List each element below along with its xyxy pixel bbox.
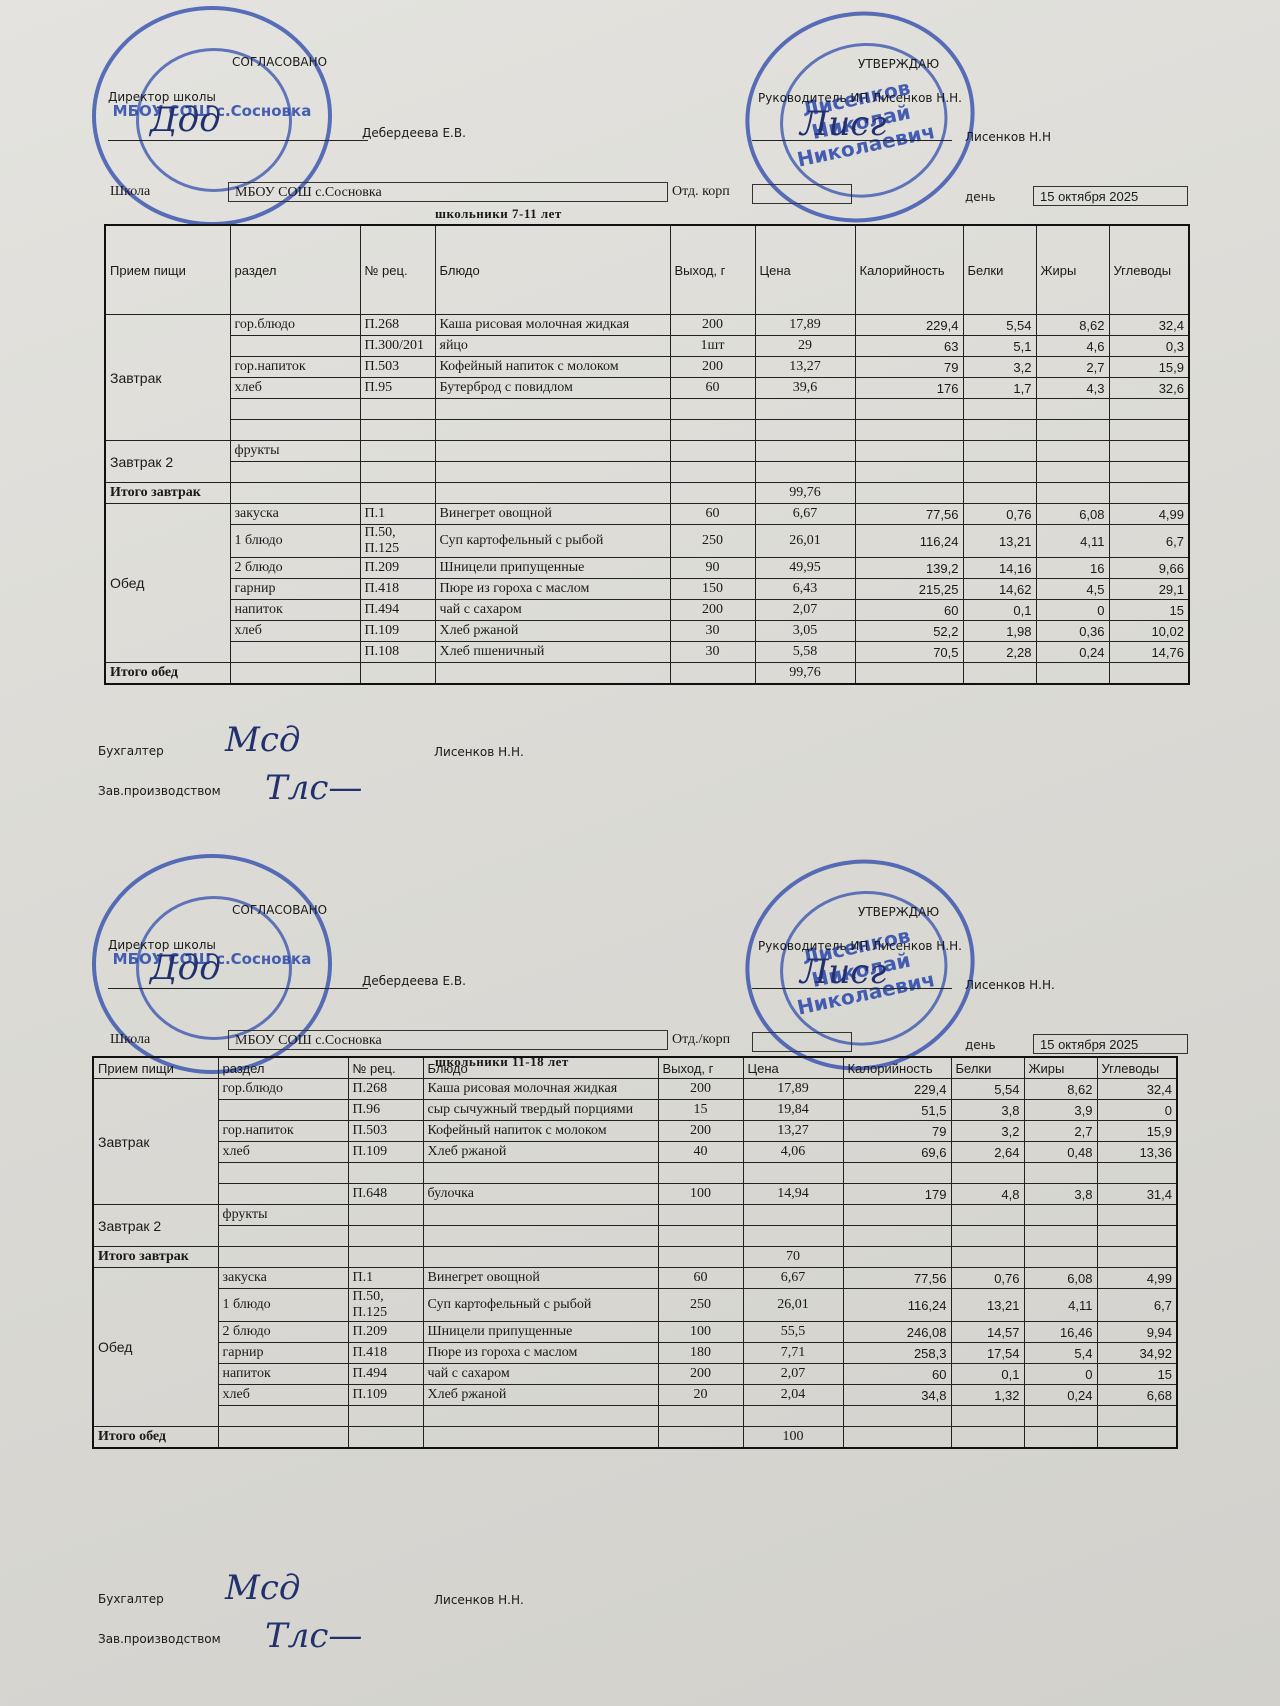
- dept-field: [752, 1032, 852, 1052]
- approved-label: СОГЛАСОВАНО: [232, 903, 327, 917]
- cell: 4,8: [951, 1184, 1024, 1205]
- cell: [1109, 483, 1189, 504]
- cell: 150: [670, 579, 755, 600]
- cell: [348, 1226, 423, 1247]
- day-label: день: [965, 1038, 996, 1052]
- cell: Кофейный напиток с молоком: [435, 357, 670, 378]
- column-header: Жиры: [1024, 1057, 1097, 1079]
- table-row: хлебП.109Хлеб ржаной303,0552,21,980,3610…: [105, 621, 1189, 642]
- table-row: 2 блюдоП.209Шницели припущенные10055,524…: [93, 1322, 1177, 1343]
- head-name: Лисенков Н.Н: [965, 130, 1051, 144]
- cell: [423, 1427, 658, 1449]
- cell: [855, 483, 963, 504]
- cell: Суп картофельный с рыбой: [423, 1289, 658, 1322]
- cell: яйцо: [435, 336, 670, 357]
- cell: 250: [670, 525, 755, 558]
- cell: 69,6: [843, 1142, 951, 1163]
- table-row: напитокП.494чай с сахаром2002,07600,1015: [93, 1364, 1177, 1385]
- cell: [360, 663, 435, 685]
- cell: Хлеб ржаной: [423, 1385, 658, 1406]
- cell: 3,2: [951, 1121, 1024, 1142]
- cell: 10,02: [1109, 621, 1189, 642]
- cell: 3,8: [951, 1100, 1024, 1121]
- cell: [1036, 663, 1109, 685]
- cell: [218, 1406, 348, 1427]
- director-name: Дебердеева Е.В.: [362, 126, 466, 140]
- cell: [218, 1427, 348, 1449]
- cell: напиток: [230, 600, 360, 621]
- cell: 3,8: [1024, 1184, 1097, 1205]
- cell: [230, 483, 360, 504]
- cell: 5,58: [755, 642, 855, 663]
- cell: П.95: [360, 378, 435, 399]
- cell: 0,36: [1036, 621, 1109, 642]
- cell: [360, 399, 435, 420]
- column-header: Цена: [755, 225, 855, 315]
- cell: 116,24: [843, 1289, 951, 1322]
- cell: [1097, 1205, 1177, 1226]
- total-label: Итого обед: [105, 663, 230, 685]
- cell: 0,76: [951, 1268, 1024, 1289]
- cell: Кофейный напиток с молоком: [423, 1121, 658, 1142]
- table-row: [93, 1163, 1177, 1184]
- cell: 15,9: [1109, 357, 1189, 378]
- cell: 77,56: [855, 504, 963, 525]
- total-label: Итого завтрак: [93, 1247, 218, 1268]
- total-row: Итого обед99,76: [105, 663, 1189, 685]
- cell: 60: [855, 600, 963, 621]
- cell: 17,89: [755, 315, 855, 336]
- cell: [1024, 1226, 1097, 1247]
- cell: 246,08: [843, 1322, 951, 1343]
- column-header: Прием пищи: [93, 1057, 218, 1079]
- table-row: [93, 1226, 1177, 1247]
- cell: 200: [658, 1121, 743, 1142]
- cell: П.418: [348, 1343, 423, 1364]
- cell: хлеб: [218, 1142, 348, 1163]
- cell: 60: [670, 504, 755, 525]
- director-name: Дебердеева Е.В.: [362, 974, 466, 988]
- cell: 1,7: [963, 378, 1036, 399]
- cell: [670, 399, 755, 420]
- approved-label: СОГЛАСОВАНО: [232, 55, 327, 69]
- cell: 1,32: [951, 1385, 1024, 1406]
- cell: закуска: [218, 1268, 348, 1289]
- cell: 13,21: [963, 525, 1036, 558]
- table-row: П.96сыр сычужный твердый порциями1519,84…: [93, 1100, 1177, 1121]
- cell: 31,4: [1097, 1184, 1177, 1205]
- cell: [218, 1184, 348, 1205]
- cell: 4,5: [1036, 579, 1109, 600]
- cell: [360, 462, 435, 483]
- cell: [1097, 1163, 1177, 1184]
- cell: гор.блюдо: [230, 315, 360, 336]
- cell: 200: [658, 1079, 743, 1100]
- cell: 13,27: [755, 357, 855, 378]
- cell: [348, 1406, 423, 1427]
- cell: 5,1: [963, 336, 1036, 357]
- cell: [435, 420, 670, 441]
- total-row: Итого обед100: [93, 1427, 1177, 1449]
- cell: [951, 1427, 1024, 1449]
- cell: 70,5: [855, 642, 963, 663]
- cell: [348, 1427, 423, 1449]
- column-header: Выход, г: [658, 1057, 743, 1079]
- production-signature: Тлс—: [265, 768, 362, 808]
- accountant-signature: Мсд: [225, 1568, 300, 1608]
- head-signature: Лисг: [800, 952, 887, 992]
- cell: 1шт: [670, 336, 755, 357]
- cell: 200: [670, 315, 755, 336]
- cell: 6,68: [1097, 1385, 1177, 1406]
- cell: 215,25: [855, 579, 963, 600]
- cell: [755, 441, 855, 462]
- cell: фрукты: [218, 1205, 348, 1226]
- meal-label: Обед: [93, 1268, 218, 1427]
- accountant-name: Лисенков Н.Н.: [434, 1593, 524, 1607]
- cell: [435, 663, 670, 685]
- cell: 229,4: [843, 1079, 951, 1100]
- cell: [423, 1163, 658, 1184]
- cell: [951, 1406, 1024, 1427]
- cell: 4,11: [1024, 1289, 1097, 1322]
- table-row: Завтрак 2фрукты: [93, 1205, 1177, 1226]
- school-field: МБОУ СОШ с.Сосновка: [228, 1030, 668, 1050]
- cell: 13,36: [1097, 1142, 1177, 1163]
- cell: 3,9: [1024, 1100, 1097, 1121]
- cell: [1036, 441, 1109, 462]
- cell: [755, 462, 855, 483]
- cell: 15: [1109, 600, 1189, 621]
- school-label: Школа: [110, 184, 150, 200]
- cell: 90: [670, 558, 755, 579]
- cell: [435, 462, 670, 483]
- cell: [963, 441, 1036, 462]
- cell: [843, 1247, 951, 1268]
- cell: гарнир: [230, 579, 360, 600]
- cell: булочка: [423, 1184, 658, 1205]
- cell: Хлеб ржаной: [423, 1142, 658, 1163]
- cell: [670, 441, 755, 462]
- cell: 3,2: [963, 357, 1036, 378]
- cell: 14,94: [743, 1184, 843, 1205]
- cell: 0,1: [951, 1364, 1024, 1385]
- cell: 179: [843, 1184, 951, 1205]
- cell: 55,5: [743, 1322, 843, 1343]
- cell: 6,08: [1036, 504, 1109, 525]
- day-field: 15 октября 2025: [1033, 1034, 1188, 1054]
- total-label: Итого обед: [93, 1427, 218, 1449]
- cell: 250: [658, 1289, 743, 1322]
- column-header: Цена: [743, 1057, 843, 1079]
- cell: [218, 1100, 348, 1121]
- cell: 17,54: [951, 1343, 1024, 1364]
- cell: Каша рисовая молочная жидкая: [435, 315, 670, 336]
- dept-field: [752, 184, 852, 204]
- meal-label: Завтрак: [105, 315, 230, 441]
- cell: Винегрет овощной: [423, 1268, 658, 1289]
- cell: [1036, 483, 1109, 504]
- head-signature: Лисг: [800, 104, 887, 144]
- cell: 4,3: [1036, 378, 1109, 399]
- head-name: Лисенков Н.Н.: [965, 978, 1055, 992]
- cell: 0,24: [1036, 642, 1109, 663]
- cell: П.209: [360, 558, 435, 579]
- table-row: Завтракгор.блюдоП.268Каша рисовая молочн…: [105, 315, 1189, 336]
- cell: 13,21: [951, 1289, 1024, 1322]
- cell: П.300/201: [360, 336, 435, 357]
- cell: 8,62: [1036, 315, 1109, 336]
- confirm-label: УТВЕРЖДАЮ: [858, 57, 939, 71]
- head-label: Руководитель ИП Лисенков Н.Н.: [758, 91, 962, 105]
- cell: [658, 1226, 743, 1247]
- cell: [951, 1226, 1024, 1247]
- cell: 4,11: [1036, 525, 1109, 558]
- cell: [963, 483, 1036, 504]
- cell: 49,95: [755, 558, 855, 579]
- cell: 52,2: [855, 621, 963, 642]
- cell: 14,57: [951, 1322, 1024, 1343]
- cell: П.503: [348, 1121, 423, 1142]
- cell: [1109, 462, 1189, 483]
- cell: Шницели припущенные: [435, 558, 670, 579]
- cell: Хлеб ржаной: [435, 621, 670, 642]
- column-header: раздел: [218, 1057, 348, 1079]
- cell: П.109: [348, 1142, 423, 1163]
- cell: 7,71: [743, 1343, 843, 1364]
- cell: 15: [1097, 1364, 1177, 1385]
- production-label: Зав.производством: [98, 1632, 221, 1646]
- cell: П.109: [360, 621, 435, 642]
- cell: [360, 420, 435, 441]
- cell: 4,99: [1109, 504, 1189, 525]
- cell: [743, 1163, 843, 1184]
- cell: 6,08: [1024, 1268, 1097, 1289]
- table-row: хлебП.95Бутерброд с повидлом6039,61761,7…: [105, 378, 1189, 399]
- cell: [855, 441, 963, 462]
- cell: [348, 1205, 423, 1226]
- cell: 2,64: [951, 1142, 1024, 1163]
- cell: 9,94: [1097, 1322, 1177, 1343]
- cell: [423, 1406, 658, 1427]
- cell: 9,66: [1109, 558, 1189, 579]
- column-header: Жиры: [1036, 225, 1109, 315]
- table-header: Прием пищираздел№ рец.БлюдоВыход, гЦенаК…: [93, 1057, 1177, 1079]
- cell: 116,24: [855, 525, 963, 558]
- cell: фрукты: [230, 441, 360, 462]
- cell: П.418: [360, 579, 435, 600]
- cell: напиток: [218, 1364, 348, 1385]
- cell: П.494: [348, 1364, 423, 1385]
- cell: 6,7: [1109, 525, 1189, 558]
- table-row: напитокП.494чай с сахаром2002,07600,1015: [105, 600, 1189, 621]
- column-header: № рец.: [348, 1057, 423, 1079]
- production-signature: Тлс—: [265, 1616, 362, 1656]
- cell: Винегрет овощной: [435, 504, 670, 525]
- cell: [348, 1247, 423, 1268]
- cell: [1024, 1247, 1097, 1268]
- cell: 79: [843, 1121, 951, 1142]
- table-row: Завтракгор.блюдоП.268Каша рисовая молочн…: [93, 1079, 1177, 1100]
- cell: [435, 399, 670, 420]
- cell: [230, 399, 360, 420]
- cell: [743, 1226, 843, 1247]
- cell: [360, 483, 435, 504]
- cell: [963, 462, 1036, 483]
- cell: 100: [658, 1322, 743, 1343]
- table-row: [105, 420, 1189, 441]
- cell: 29: [755, 336, 855, 357]
- cell: 26,01: [755, 525, 855, 558]
- meal-label: Обед: [105, 504, 230, 663]
- column-header: Белки: [963, 225, 1036, 315]
- cell: 229,4: [855, 315, 963, 336]
- cell: [230, 642, 360, 663]
- cell: 60: [658, 1268, 743, 1289]
- cell: [230, 336, 360, 357]
- accountant-label: Бухгалтер: [98, 1592, 164, 1606]
- cell: [230, 663, 360, 685]
- cell: [348, 1163, 423, 1184]
- cell: [423, 1247, 658, 1268]
- cell: П.50, П.125: [348, 1289, 423, 1322]
- cell: 1 блюдо: [218, 1289, 348, 1322]
- head-label: Руководитель ИП Лисенков Н.Н.: [758, 939, 962, 953]
- cell: 1,98: [963, 621, 1036, 642]
- cell: [963, 663, 1036, 685]
- cell: 77,56: [843, 1268, 951, 1289]
- cell: [951, 1163, 1024, 1184]
- total-price: 99,76: [755, 483, 855, 504]
- cell: 39,6: [755, 378, 855, 399]
- cell: [1036, 399, 1109, 420]
- cell: П.109: [348, 1385, 423, 1406]
- cell: [855, 462, 963, 483]
- cell: 40: [658, 1142, 743, 1163]
- cell: 6,7: [1097, 1289, 1177, 1322]
- table-row: Завтрак 2фрукты: [105, 441, 1189, 462]
- cell: закуска: [230, 504, 360, 525]
- age-group-title: школьники 7-11 лет: [435, 206, 562, 222]
- cell: 5,54: [951, 1079, 1024, 1100]
- total-price: 100: [743, 1427, 843, 1449]
- cell: [1097, 1226, 1177, 1247]
- cell: 6,67: [743, 1268, 843, 1289]
- cell: 32,4: [1097, 1079, 1177, 1100]
- cell: 14,16: [963, 558, 1036, 579]
- cell: [843, 1406, 951, 1427]
- cell: 6,67: [755, 504, 855, 525]
- cell: 26,01: [743, 1289, 843, 1322]
- column-header: Белки: [951, 1057, 1024, 1079]
- table-row: ОбедзакускаП.1Винегрет овощной606,6777,5…: [105, 504, 1189, 525]
- cell: 51,5: [843, 1100, 951, 1121]
- table-row: 2 блюдоП.209Шницели припущенные9049,9513…: [105, 558, 1189, 579]
- table-header: Прием пищираздел№ рец.БлюдоВыход, гЦенаК…: [105, 225, 1189, 315]
- cell: 0,48: [1024, 1142, 1097, 1163]
- cell: хлеб: [230, 621, 360, 642]
- cell: 14,62: [963, 579, 1036, 600]
- cell: П.50, П.125: [360, 525, 435, 558]
- cell: [218, 1247, 348, 1268]
- cell: 2,7: [1036, 357, 1109, 378]
- cell: [658, 1427, 743, 1449]
- cell: [1097, 1247, 1177, 1268]
- cell: 2,28: [963, 642, 1036, 663]
- column-header: Калорийность: [855, 225, 963, 315]
- cell: Хлеб пшеничный: [435, 642, 670, 663]
- accountant-signature: Мсд: [225, 720, 300, 760]
- cell: 2 блюдо: [218, 1322, 348, 1343]
- column-header: Прием пищи: [105, 225, 230, 315]
- menu-table: Прием пищираздел№ рец.БлюдоВыход, гЦенаК…: [92, 1056, 1178, 1449]
- cell: [1024, 1406, 1097, 1427]
- table-row: ОбедзакускаП.1Винегрет овощной606,6777,5…: [93, 1268, 1177, 1289]
- total-row: Итого завтрак99,76: [105, 483, 1189, 504]
- cell: 0: [1097, 1100, 1177, 1121]
- dept-label: Отд. корп: [672, 184, 730, 200]
- cell: П.494: [360, 600, 435, 621]
- table-row: П.300/201яйцо1шт29635,14,60,3: [105, 336, 1189, 357]
- cell: сыр сычужный твердый порциями: [423, 1100, 658, 1121]
- cell: Пюре из гороха с маслом: [423, 1343, 658, 1364]
- cell: [670, 483, 755, 504]
- cell: 34,8: [843, 1385, 951, 1406]
- cell: 5,54: [963, 315, 1036, 336]
- meal-label: Завтрак 2: [105, 441, 230, 483]
- cell: Бутерброд с повидлом: [435, 378, 670, 399]
- cell: 20: [658, 1385, 743, 1406]
- table-row: 1 блюдоП.50, П.125Суп картофельный с рыб…: [105, 525, 1189, 558]
- column-header: № рец.: [360, 225, 435, 315]
- school-label: Школа: [110, 1032, 150, 1048]
- cell: [230, 462, 360, 483]
- cell: гарнир: [218, 1343, 348, 1364]
- cell: [963, 420, 1036, 441]
- day-field: 15 октября 2025: [1033, 186, 1188, 206]
- table-row: П.648булочка10014,941794,83,831,4: [93, 1184, 1177, 1205]
- cell: П.648: [348, 1184, 423, 1205]
- cell: хлеб: [230, 378, 360, 399]
- cell: [218, 1163, 348, 1184]
- school-field: МБОУ СОШ с.Сосновка: [228, 182, 668, 202]
- cell: [658, 1163, 743, 1184]
- cell: 29,1: [1109, 579, 1189, 600]
- cell: 32,6: [1109, 378, 1189, 399]
- table-row: гарнирП.418Пюре из гороха с маслом1506,4…: [105, 579, 1189, 600]
- dept-label: Отд./корп: [672, 1032, 730, 1048]
- cell: П.209: [348, 1322, 423, 1343]
- cell: [1109, 420, 1189, 441]
- cell: 15: [658, 1100, 743, 1121]
- cell: [670, 462, 755, 483]
- cell: 30: [670, 621, 755, 642]
- cell: П.108: [360, 642, 435, 663]
- cell: 180: [658, 1343, 743, 1364]
- table-row: [105, 399, 1189, 420]
- cell: [1097, 1406, 1177, 1427]
- cell: 1 блюдо: [230, 525, 360, 558]
- cell: [658, 1205, 743, 1226]
- cell: [658, 1406, 743, 1427]
- cell: 63: [855, 336, 963, 357]
- cell: [855, 420, 963, 441]
- cell: гор.напиток: [230, 357, 360, 378]
- table-row: гор.напитокП.503Кофейный напиток с молок…: [105, 357, 1189, 378]
- cell: [435, 441, 670, 462]
- confirm-label: УТВЕРЖДАЮ: [858, 905, 939, 919]
- cell: [855, 663, 963, 685]
